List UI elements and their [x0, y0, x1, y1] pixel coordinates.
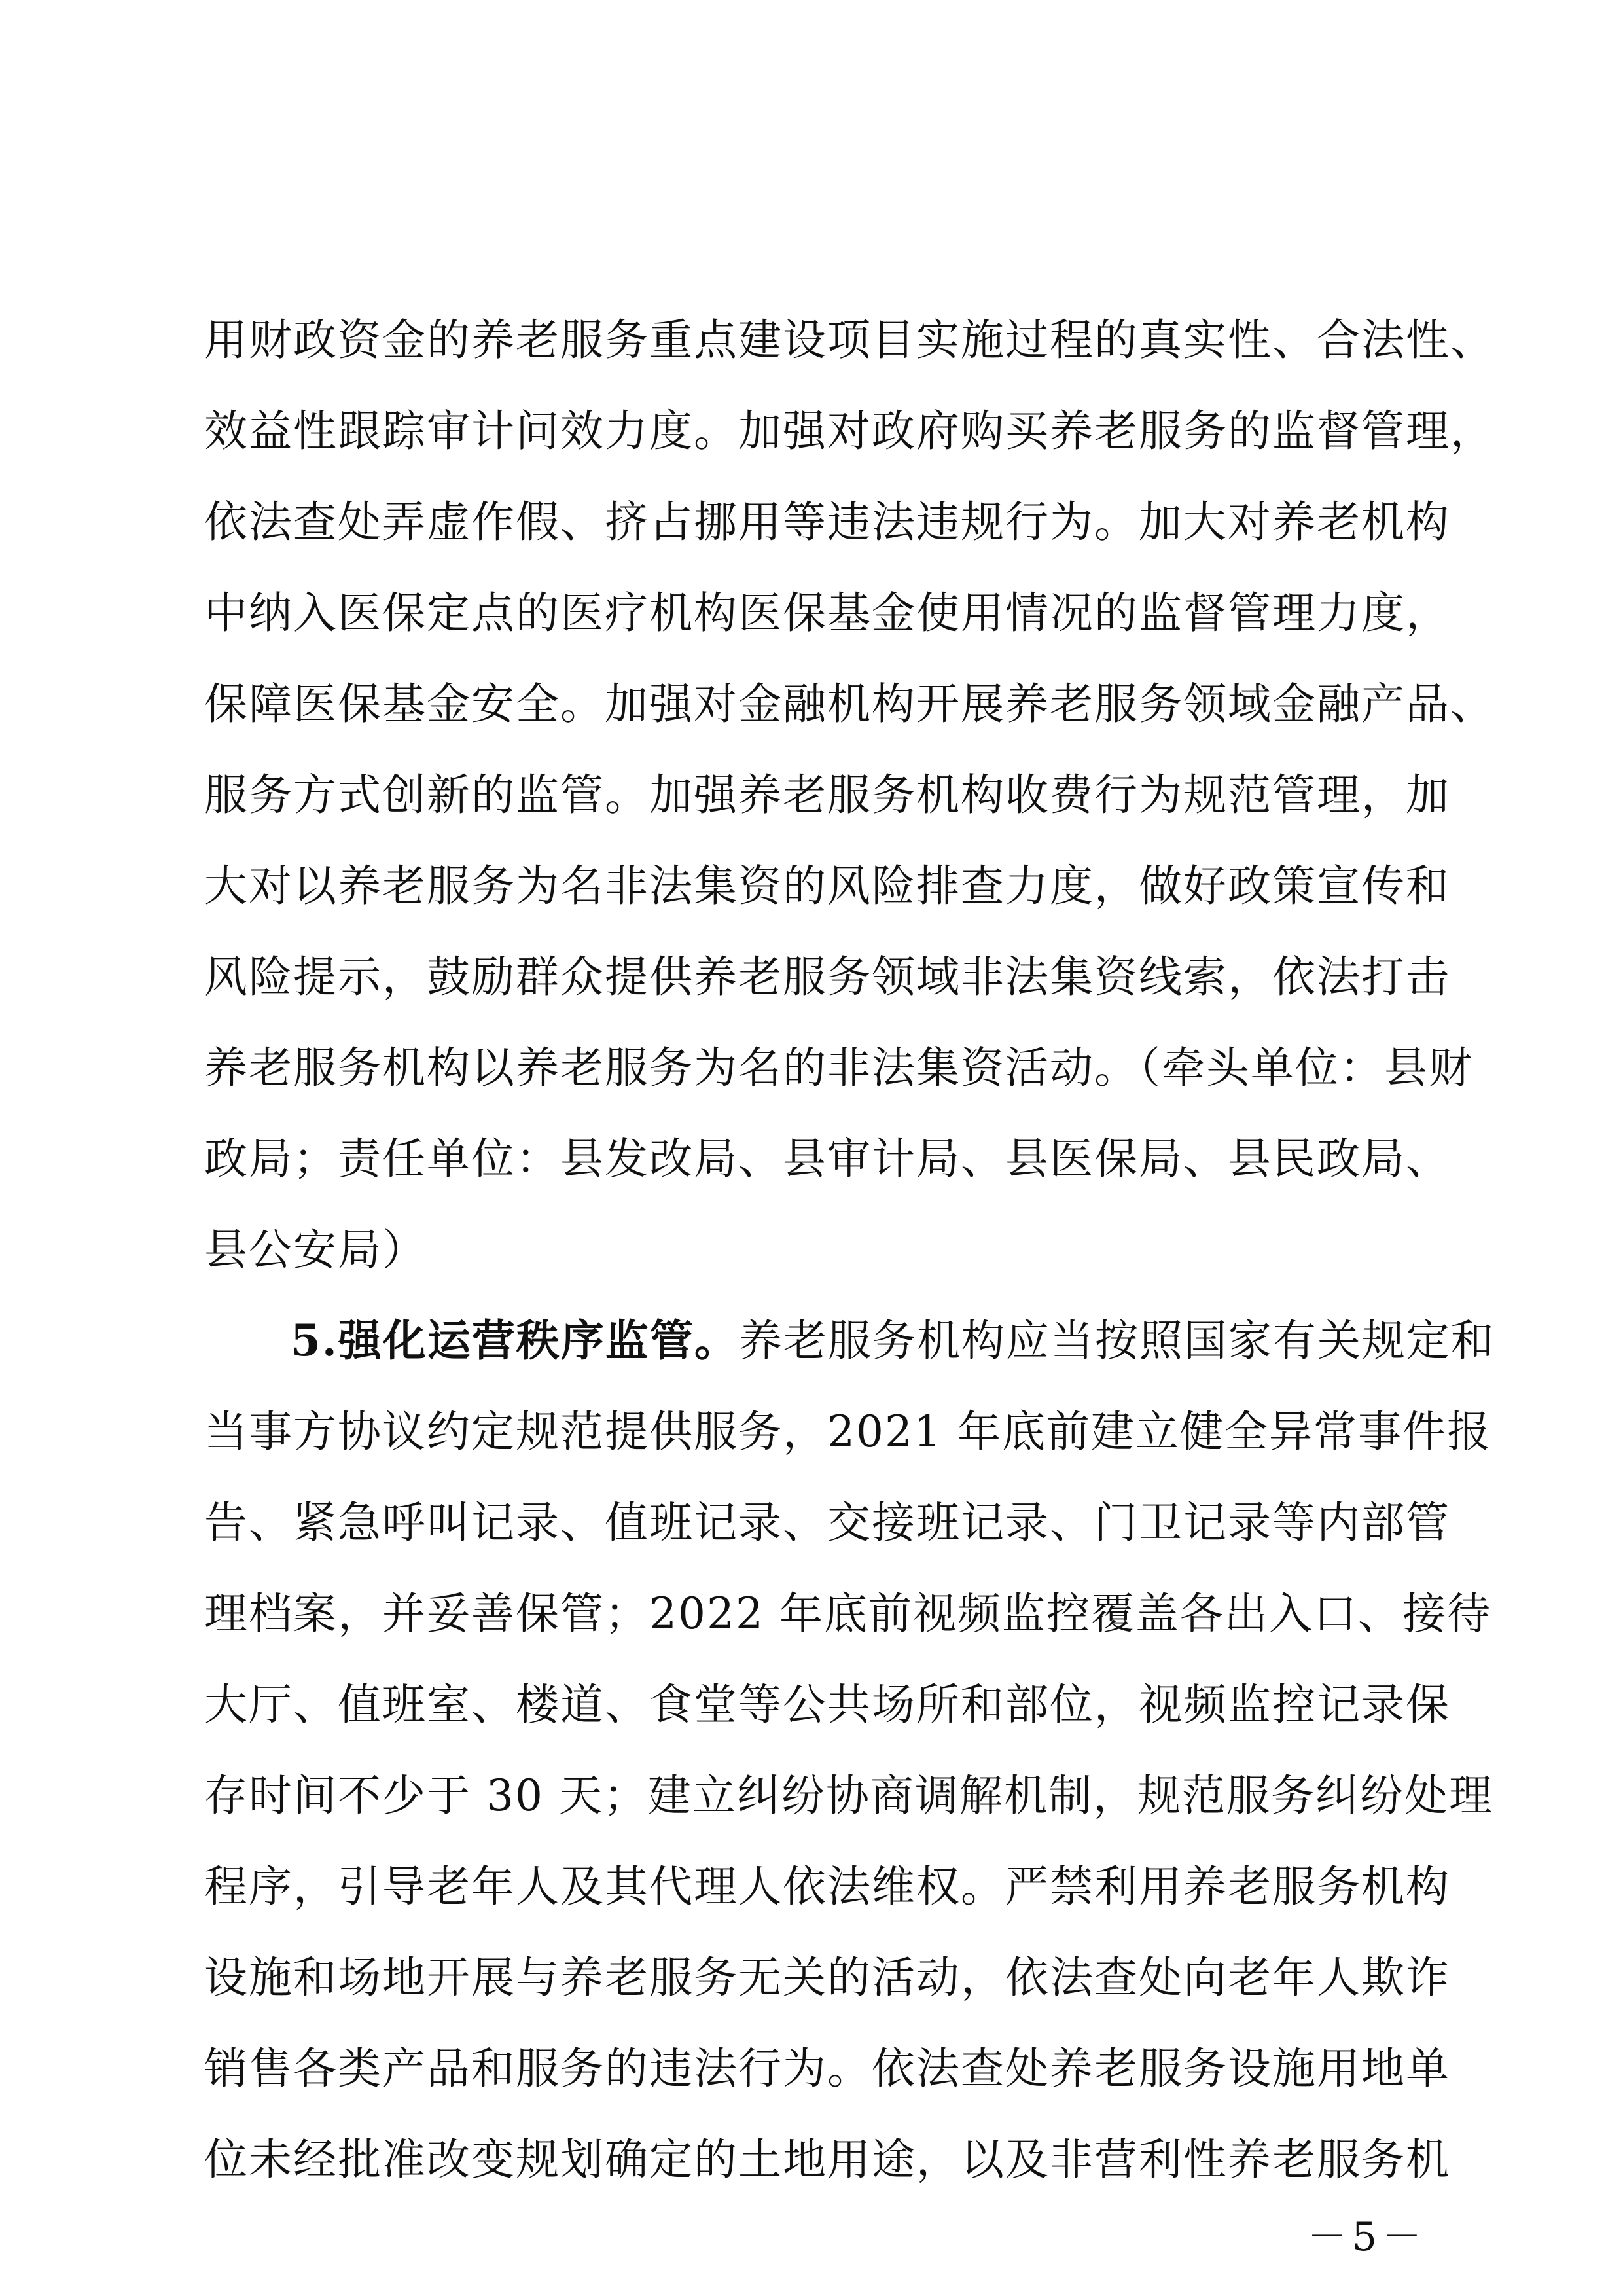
document-body: 用财政资金的养老服务重点建设项目实施过程的真实性、合法性、 效益性跟踪审计问效力…: [204, 295, 1435, 2205]
section-5: 5.强化运营秩序监管。养老服务机构应当按照国家有关规定和 当事方协议约定规范提供…: [204, 1295, 1435, 2205]
paragraph-continued: 用财政资金的养老服务重点建设项目实施过程的真实性、合法性、 效益性跟踪审计问效力…: [204, 295, 1435, 1295]
text-line: 大对以养老服务为名非法集资的风险排查力度，做好政策宣传和: [204, 840, 1435, 931]
section-first-line-text: 养老服务机构应当按照国家有关规定和: [739, 1316, 1495, 1366]
text-line: 告、紧急呼叫记录、值班记录、交接班记录、门卫记录等内部管: [204, 1477, 1435, 1568]
text-line: 存时间不少于 30 天；建立纠纷协商调解机制，规范服务纠纷处理: [204, 1750, 1435, 1841]
text-line: 中纳入医保定点的医疗机构医保基金使用情况的监督管理力度，: [204, 567, 1435, 658]
text-line: 依法查处弄虚作假、挤占挪用等违法违规行为。加大对养老机构: [204, 476, 1435, 567]
text-line: 效益性跟踪审计问效力度。加强对政府购买养老服务的监督管理，: [204, 386, 1435, 476]
text-line: 销售各类产品和服务的违法行为。依法查处养老服务设施用地单: [204, 2023, 1435, 2114]
text-line: 当事方协议约定规范提供服务，2021 年底前建立健全异常事件报: [204, 1386, 1435, 1477]
text-line: 用财政资金的养老服务重点建设项目实施过程的真实性、合法性、: [204, 295, 1435, 386]
text-line: 位未经批准改变规划确定的土地用途，以及非营利性养老服务机: [204, 2114, 1435, 2205]
text-line: 县公安局）: [204, 1204, 1435, 1295]
text-line: 养老服务机构以养老服务为名的非法集资活动。（牵头单位：县财: [204, 1022, 1435, 1113]
page-number: －5－: [1308, 2206, 1427, 2262]
section-first-line: 5.强化运营秩序监管。养老服务机构应当按照国家有关规定和: [204, 1295, 1435, 1386]
text-line: 程序，引导老年人及其代理人依法维权。严禁利用养老服务机构: [204, 1841, 1435, 1932]
text-line: 大厅、值班室、楼道、食堂等公共场所和部位，视频监控记录保: [204, 1659, 1435, 1750]
text-line: 保障医保基金安全。加强对金融机构开展养老服务领域金融产品、: [204, 658, 1435, 749]
text-line: 服务方式创新的监管。加强养老服务机构收费行为规范管理，加: [204, 749, 1435, 840]
section-heading: 5.强化运营秩序监管。: [291, 1315, 739, 1366]
text-line: 风险提示，鼓励群众提供养老服务领域非法集资线索，依法打击: [204, 931, 1435, 1022]
text-line: 政局；责任单位：县发改局、县审计局、县医保局、县民政局、: [204, 1113, 1435, 1204]
text-line: 设施和场地开展与养老服务无关的活动，依法查处向老年人欺诈: [204, 1932, 1435, 2023]
text-line: 理档案，并妥善保管；2022 年底前视频监控覆盖各出入口、接待: [204, 1568, 1435, 1659]
